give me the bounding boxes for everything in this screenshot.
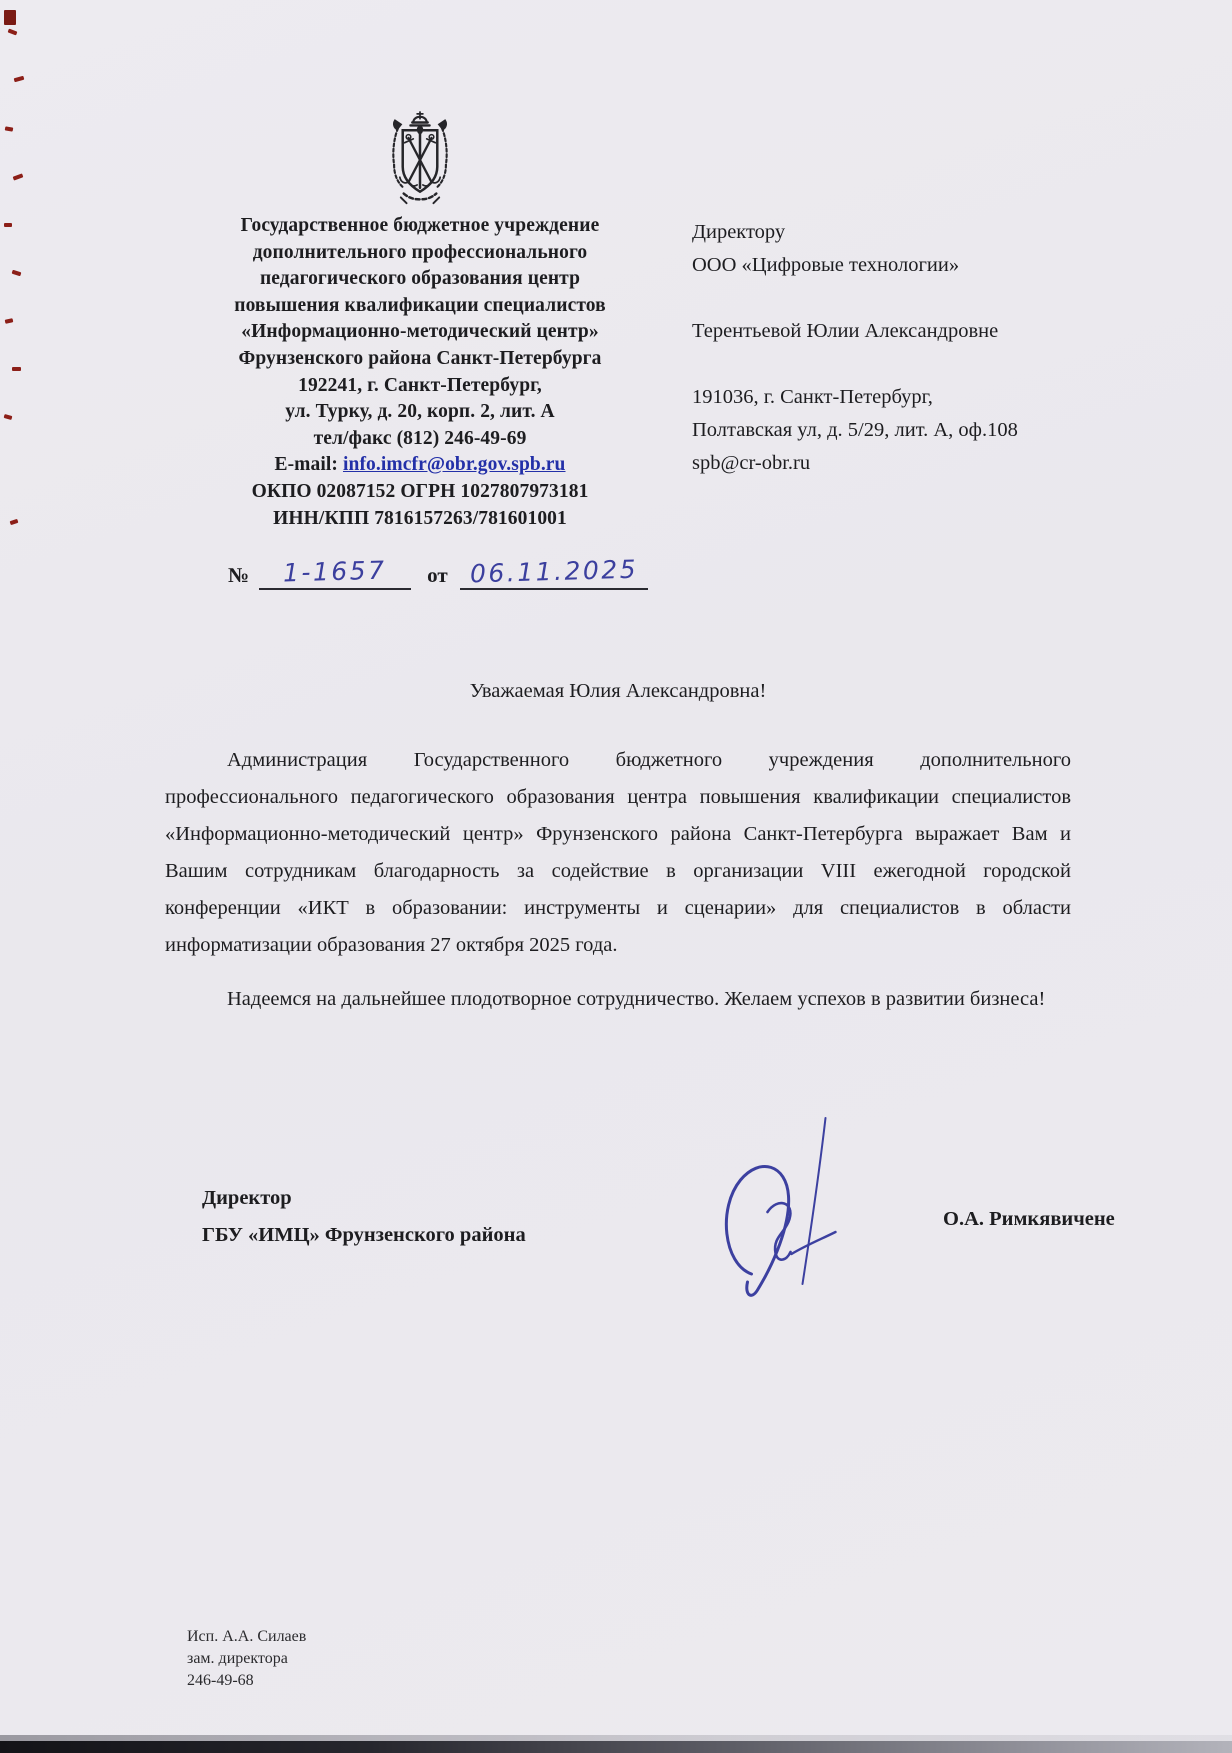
body-paragraph-1: Администрация Государственного бюджетног…: [165, 742, 1071, 964]
email-label: E-mail:: [274, 454, 338, 475]
recipient-company-line: ООО «Цифровые технологии»: [692, 249, 1142, 282]
sender-email-line: E-mail: info.imcfr@obr.gov.spb.ru: [165, 452, 675, 479]
scan-speck: [5, 126, 14, 131]
sender-line: «Информационно-методический центр»: [165, 319, 675, 346]
executor-footer: Исп. А.А. Силаев зам. директора 246-49-6…: [187, 1626, 306, 1692]
sender-street-line: ул. Турку, д. 20, корп. 2, лит. А: [165, 399, 675, 426]
signer-name: О.А. Римкявичене: [943, 1208, 1115, 1231]
spb-coat-of-arms-icon: [372, 106, 468, 214]
executor-name-line: Исп. А.А. Силаев: [187, 1626, 306, 1648]
outgoing-date-field: 06.11.2025: [460, 559, 648, 590]
scan-speck: [8, 29, 18, 36]
reference-line: № 1-1657 от 06.11.2025: [228, 544, 648, 590]
sender-letterhead: Государственное бюджетное учреждение доп…: [165, 213, 675, 532]
sender-okpo-ogrn-line: ОКПО 02087152 ОГРН 1027807973181: [165, 479, 675, 506]
recipient-block: Директору ООО «Цифровые технологии» Тере…: [692, 216, 1142, 480]
sender-line: педагогического образования центр: [165, 266, 675, 293]
body-paragraph-2: Надеемся на дальнейшее плодотворное сотр…: [165, 981, 1071, 1018]
sender-line: повышения квалификации специалистов: [165, 293, 675, 320]
signer-position-block: Директор ГБУ «ИМЦ» Фрунзенского района: [202, 1180, 526, 1254]
recipient-street-line: Полтавская ул, д. 5/29, лит. А, оф.108: [692, 414, 1142, 447]
recipient-title-line: Директору: [692, 216, 1142, 249]
scan-speck: [4, 10, 16, 25]
salutation: Уважаемая Юлия Александровна!: [165, 680, 1071, 703]
sender-email-address: info.imcfr@obr.gov.spb.ru: [343, 454, 566, 475]
sender-line: Государственное бюджетное учреждение: [165, 213, 675, 240]
scan-speck: [10, 519, 19, 525]
scan-speck: [4, 414, 13, 420]
scan-speck: [4, 223, 12, 227]
executor-position-line: зам. директора: [187, 1648, 306, 1670]
scan-edge-shadow: [0, 1741, 1232, 1753]
signer-position-line2: ГБУ «ИМЦ» Фрунзенского района: [202, 1217, 526, 1254]
spacer: [692, 348, 1142, 381]
date-preposition-label: от: [427, 563, 448, 590]
spacer: [692, 282, 1142, 315]
sender-inn-kpp-line: ИНН/КПП 7816157263/781601001: [165, 506, 675, 533]
scan-speck: [14, 76, 25, 82]
scan-speck: [5, 318, 14, 324]
sender-line: дополнительного профессионального: [165, 240, 675, 267]
signer-position-line1: Директор: [202, 1180, 526, 1217]
recipient-email: spb@cr-obr.ru: [692, 447, 1142, 480]
scan-speck: [12, 367, 21, 371]
recipient-postal-line: 191036, г. Санкт-Петербург,: [692, 381, 1142, 414]
outgoing-number-field: 1-1657: [259, 559, 411, 590]
handwritten-outgoing-date: 06.11.2025: [469, 555, 638, 589]
sender-line: Фрунзенского района Санкт-Петербурга: [165, 346, 675, 373]
sender-postal-line: 192241, г. Санкт-Петербург,: [165, 373, 675, 400]
recipient-name: Терентьевой Юлии Александровне: [692, 315, 1142, 348]
scan-speck: [12, 270, 22, 277]
scan-speck: [13, 173, 24, 180]
letter-body: Администрация Государственного бюджетног…: [165, 742, 1071, 1018]
handwritten-outgoing-number: 1-1657: [283, 556, 387, 588]
scanned-letter-page: Государственное бюджетное учреждение доп…: [0, 0, 1232, 1753]
sender-phone-line: тел/факс (812) 246-49-69: [165, 426, 675, 453]
number-sign-label: №: [228, 563, 249, 590]
handwritten-signature-icon: [700, 1112, 875, 1307]
executor-phone-line: 246-49-68: [187, 1670, 306, 1692]
